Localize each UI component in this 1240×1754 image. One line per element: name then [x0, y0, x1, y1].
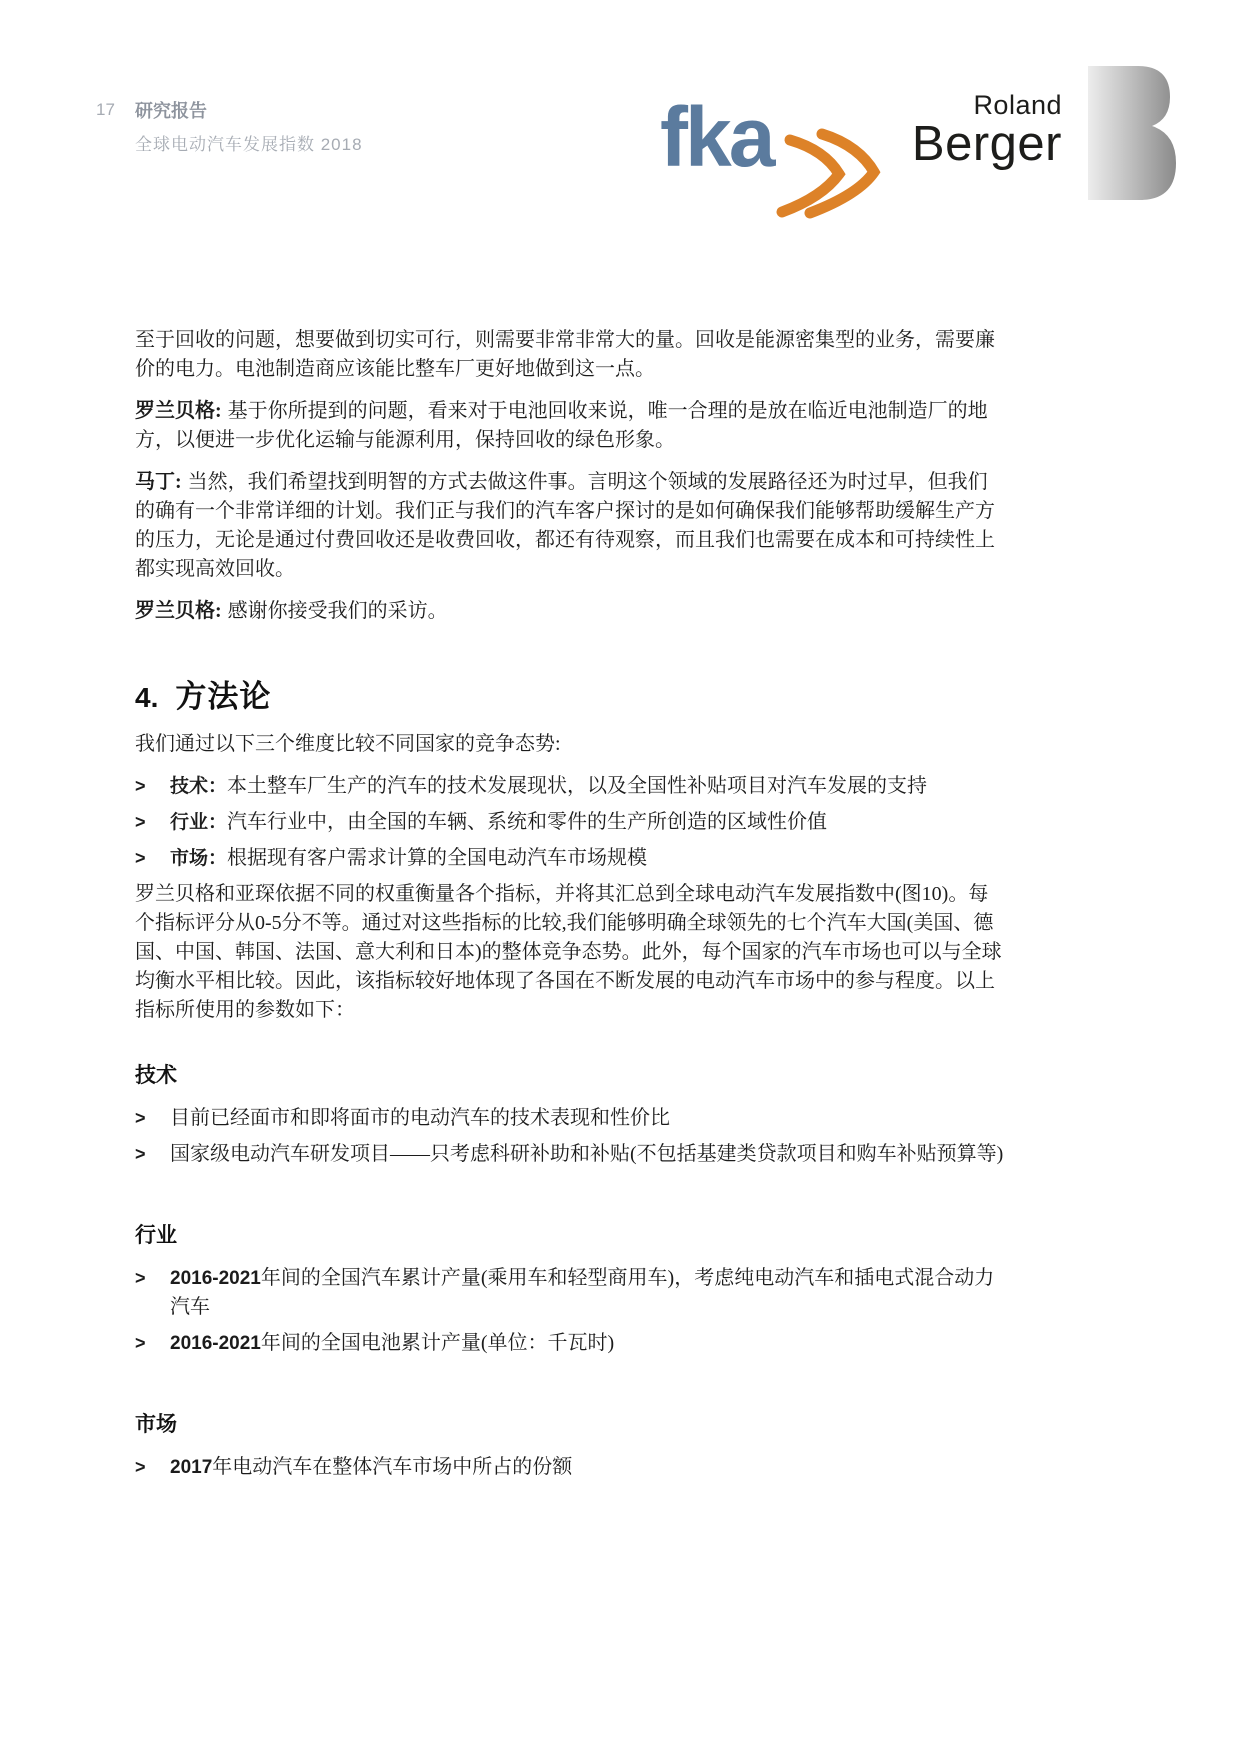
dimension-bullet: > 技术：本土整车厂生产的汽车的技术发展现状，以及全国性补贴项目对汽车发展的支持 — [135, 772, 1005, 801]
bullet-chevron: > — [135, 772, 170, 801]
speaker-name: 罗兰贝格: — [135, 400, 222, 422]
subsection-bullet: > 2016-2021年间的全国汽车累计产量(乘用车和轻型商用车)，考虑纯电动汽… — [135, 1264, 1005, 1322]
bullet-text: 汽车行业中，由全国的车辆、系统和零件的生产所创造的区域性价值 — [227, 811, 827, 833]
bullet-chevron: > — [135, 1453, 170, 1482]
berger-b-icon — [1082, 64, 1176, 207]
fka-wordmark: fka — [660, 98, 772, 178]
bullet-text: 年间的全国汽车累计产量(乘用车和轻型商用车)，考虑纯电动汽车和插电式混合动力汽车 — [170, 1267, 994, 1318]
paragraph-text: 感谢你接受我们的采访。 — [228, 600, 448, 622]
speaker-name: 马丁: — [135, 471, 182, 493]
subsection-bullet: > 国家级电动汽车研发项目——只考虑科研补助和补贴(不包括基建类贷款项目和购车补… — [135, 1140, 1005, 1169]
bullet-content: 技术：本土整车厂生产的汽车的技术发展现状，以及全国性补贴项目对汽车发展的支持 — [170, 772, 1005, 801]
bullet-lead: 技术： — [170, 776, 227, 797]
bullet-content: 目前已经面市和即将面市的电动汽车的技术表现和性价比 — [170, 1104, 1005, 1133]
paragraph-text: 至于回收的问题，想要做到切实可行，则需要非常非常大的量。回收是能源密集型的业务，… — [135, 329, 995, 380]
bullet-content: 2017年电动汽车在整体汽车市场中所占的份额 — [170, 1453, 1005, 1482]
speaker-name: 罗兰贝格: — [135, 600, 222, 622]
bullet-lead: 2017 — [170, 1457, 212, 1478]
subsection-title-market: 市场 — [135, 1410, 1005, 1439]
bullet-text: 目前已经面市和即将面市的电动汽车的技术表现和性价比 — [170, 1107, 670, 1129]
bullet-lead: 市场： — [170, 848, 227, 869]
dimension-bullet: > 行业：汽车行业中，由全国的车辆、系统和零件的生产所创造的区域性价值 — [135, 808, 1005, 837]
subsection-bullet: > 2017年电动汽车在整体汽车市场中所占的份额 — [135, 1453, 1005, 1482]
roland-berger-logo: Roland Berger — [816, 92, 1062, 169]
paragraph-text: 当然，我们希望找到明智的方式去做这件事。言明这个领域的发展路径还为时过早，但我们… — [135, 471, 995, 580]
subsection-title-industry: 行业 — [135, 1221, 1005, 1250]
section-title: 方法论 — [175, 682, 271, 711]
roland-label: Roland — [816, 92, 1062, 119]
bullet-chevron: > — [135, 1329, 170, 1358]
bullet-content: 市场：根据现有客户需求计算的全国电动汽车市场规模 — [170, 844, 1005, 873]
bullet-text: 国家级电动汽车研发项目——只考虑科研补助和补贴(不包括基建类贷款项目和购车补贴预… — [170, 1143, 1003, 1165]
bullet-chevron: > — [135, 1140, 170, 1169]
bullet-chevron: > — [135, 1264, 170, 1322]
interview-paragraph: 马丁:当然，我们希望找到明智的方式去做这件事。言明这个领域的发展路径还为时过早，… — [135, 468, 1005, 584]
bullet-chevron: > — [135, 844, 170, 873]
section-number: 4. — [135, 683, 158, 712]
section-heading: 4. 方法论 — [135, 682, 1005, 712]
berger-label: Berger — [816, 120, 1062, 169]
bullet-chevron: > — [135, 1104, 170, 1133]
page-body: 至于回收的问题，想要做到切实可行，则需要非常非常大的量。回收是能源密集型的业务，… — [135, 326, 1005, 1489]
report-type-label: 研究报告 — [135, 97, 207, 123]
weighting-paragraph: 罗兰贝格和亚琛依据不同的权重衡量各个指标，并将其汇总到全球电动汽车发展指数中(图… — [135, 880, 1005, 1025]
dimension-bullet: > 市场：根据现有客户需求计算的全国电动汽车市场规模 — [135, 844, 1005, 873]
bullet-lead: 行业： — [170, 812, 227, 833]
interview-paragraph: 罗兰贝格:感谢你接受我们的采访。 — [135, 597, 1005, 626]
subsection-bullet: > 目前已经面市和即将面市的电动汽车的技术表现和性价比 — [135, 1104, 1005, 1133]
report-page: 17 研究报告 全球电动汽车发展指数 2018 fka Roland Berge… — [0, 0, 1240, 1754]
bullet-text: 根据现有客户需求计算的全国电动汽车市场规模 — [227, 847, 647, 869]
bullet-lead: 2016-2021 — [170, 1268, 261, 1289]
subsection-bullet: > 2016-2021年间的全国电池累计产量(单位：千瓦时) — [135, 1329, 1005, 1358]
paragraph-text: 基于你所提到的问题，看来对于电池回收来说，唯一合理的是放在临近电池制造厂的地方，… — [135, 400, 988, 451]
bullet-content: 2016-2021年间的全国汽车累计产量(乘用车和轻型商用车)，考虑纯电动汽车和… — [170, 1264, 1005, 1322]
subsection-title-technology: 技术 — [135, 1061, 1005, 1090]
bullet-content: 行业：汽车行业中，由全国的车辆、系统和零件的生产所创造的区域性价值 — [170, 808, 1005, 837]
bullet-content: 国家级电动汽车研发项目——只考虑科研补助和补贴(不包括基建类贷款项目和购车补贴预… — [170, 1140, 1005, 1169]
bullet-chevron: > — [135, 808, 170, 837]
bullet-content: 2016-2021年间的全国电池累计产量(单位：千瓦时) — [170, 1329, 1005, 1358]
methodology-intro: 我们通过以下三个维度比较不同国家的竞争态势: — [135, 730, 1005, 759]
bullet-text: 年电动汽车在整体汽车市场中所占的份额 — [212, 1456, 572, 1478]
bullet-text: 本土整车厂生产的汽车的技术发展现状，以及全国性补贴项目对汽车发展的支持 — [227, 775, 927, 797]
bullet-text: 年间的全国电池累计产量(单位：千瓦时) — [261, 1332, 614, 1354]
report-title-label: 全球电动汽车发展指数 2018 — [135, 130, 363, 155]
bullet-lead: 2016-2021 — [170, 1333, 261, 1354]
page-number: 17 — [96, 100, 115, 120]
interview-paragraph: 至于回收的问题，想要做到切实可行，则需要非常非常大的量。回收是能源密集型的业务，… — [135, 326, 1005, 384]
interview-paragraph: 罗兰贝格:基于你所提到的问题，看来对于电池回收来说，唯一合理的是放在临近电池制造… — [135, 397, 1005, 455]
